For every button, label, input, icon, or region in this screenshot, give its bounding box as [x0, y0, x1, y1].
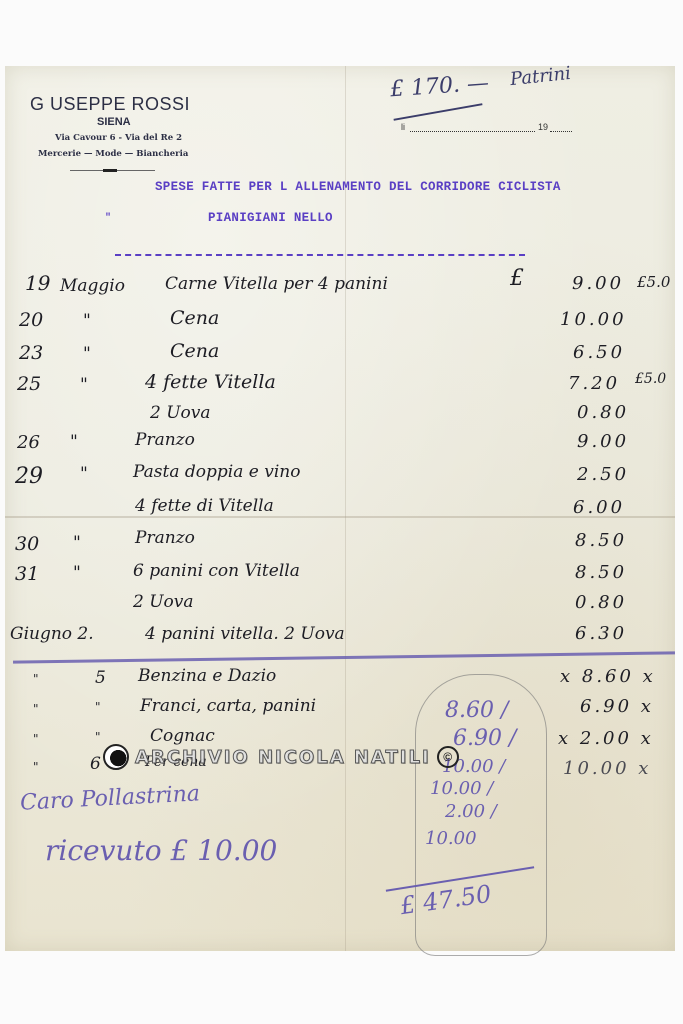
receipt-note-line-1: Caro Pollastrina	[19, 781, 200, 815]
later-entry-amount: 6.90 x	[580, 696, 654, 717]
entry-currency: £	[510, 266, 524, 291]
letterhead-address: Via Cavour 6 - Via del Re 2	[55, 133, 182, 143]
entry-amount: 9.00	[572, 273, 624, 294]
tally-value: 6.90 /	[453, 726, 516, 751]
entry-date: 19	[25, 271, 50, 295]
entry-month: "	[73, 533, 81, 553]
top-signature: Patrini	[509, 63, 572, 90]
later-entry-date: "	[95, 700, 101, 714]
entry-month: Maggio	[60, 276, 125, 296]
top-note-underline	[394, 103, 483, 121]
ditto-mark: "	[33, 732, 39, 746]
archive-logo-icon	[103, 744, 129, 770]
date-label: 19	[538, 122, 548, 132]
entry-description: 2 Uova	[150, 403, 211, 423]
entry-description: Carne Vitella per 4 panini	[165, 274, 388, 294]
entry-date: 29	[15, 464, 43, 489]
entry-month: "	[80, 464, 88, 484]
later-entry-date: 6	[90, 754, 101, 774]
tally-value: 2.00 /	[445, 801, 497, 822]
entry-date: 26	[17, 432, 40, 453]
letterhead-trades: Mercerie — Mode — Biancheria	[38, 149, 188, 159]
later-entry-description: Cognac	[150, 726, 215, 746]
entry-description: Pranzo	[135, 528, 195, 548]
ditto-mark: "	[33, 702, 39, 716]
entry-description: Pranzo	[135, 430, 195, 450]
later-entry-amount: x 8.60 x	[560, 666, 656, 687]
entry-note: £5.0	[635, 371, 666, 387]
entry-amount: 8.50	[575, 562, 627, 583]
entry-description: 4 panini vitella. 2 Uova	[145, 624, 345, 644]
later-entry-date: "	[95, 730, 101, 744]
entry-date: 20	[19, 309, 43, 331]
entry-amount: 9.00	[577, 431, 629, 452]
entry-amount: 0.80	[577, 402, 629, 423]
entry-month: "	[83, 311, 91, 331]
entry-month: "	[83, 344, 91, 364]
entry-date: 25	[17, 373, 41, 395]
paper-fold-vertical	[345, 66, 346, 951]
entry-description: Cena	[170, 340, 219, 362]
entry-amount: 6.50	[573, 342, 625, 363]
document-page: G USEPPE ROSSI SIENA Via Cavour 6 - Via …	[5, 66, 675, 951]
entry-description: Pasta doppia e vino	[133, 462, 300, 482]
entry-note: £5.0	[637, 273, 670, 291]
entry-date: Giugno 2.	[10, 624, 94, 644]
entry-amount: 0.80	[575, 592, 627, 613]
later-entry-description: Benzina e Dazio	[138, 666, 276, 686]
entry-amount: 2.50	[577, 464, 629, 485]
place-label: li	[401, 122, 405, 132]
entry-amount: 6.30	[575, 623, 627, 644]
entry-month: "	[80, 375, 88, 395]
later-entry-amount: x 2.00 x	[558, 728, 654, 749]
entry-amount: 8.50	[575, 530, 627, 551]
entry-month: "	[73, 563, 81, 583]
watermark-text: ARCHIVIO NICOLA NATILI	[135, 747, 431, 768]
subtotal-rule	[13, 651, 675, 663]
later-entry-amount: 10.00 x	[563, 758, 651, 779]
ditto-mark: "	[33, 672, 39, 686]
tally-value: 10.00	[425, 828, 477, 849]
heading-line-1: SPESE FATTE PER L ALLENAMENTO DEL CORRID…	[155, 180, 561, 194]
entry-amount: 7.20	[568, 373, 620, 394]
letterhead-city: SIENA	[97, 116, 131, 128]
top-amount-note: £ 170. —	[389, 71, 489, 103]
entry-description: 6 panini con Vitella	[133, 561, 300, 581]
tally-value: 10.00 /	[430, 778, 493, 799]
date-dotted-line	[550, 131, 572, 132]
heading-dashed-rule	[115, 254, 525, 256]
later-entry-date: 5	[95, 668, 106, 688]
entry-description: 4 fette Vitella	[145, 371, 276, 393]
tally-value: 8.60 /	[445, 698, 508, 723]
heading-line-2: PIANIGIANI NELLO	[208, 211, 333, 225]
entry-description: 4 fette di Vitella	[135, 496, 274, 516]
entry-amount: 6.00	[573, 497, 625, 518]
entry-description: 2 Uova	[133, 592, 194, 612]
place-dotted-line	[410, 131, 535, 132]
entry-date: 31	[15, 563, 39, 585]
entry-description: Cena	[170, 307, 219, 329]
heading-margin-mark: "	[105, 213, 111, 224]
entry-date: 23	[19, 342, 43, 364]
letterhead-rule-mark	[103, 169, 117, 172]
entry-date: 30	[15, 533, 39, 555]
copyright-icon: ©	[437, 746, 459, 768]
letterhead-name: G USEPPE ROSSI	[30, 94, 190, 115]
receipt-note-line-2: ricevuto £ 10.00	[45, 834, 277, 867]
entry-amount: 10.00	[560, 309, 627, 330]
ditto-mark: "	[33, 760, 39, 774]
entry-month: "	[70, 432, 78, 452]
later-entry-description: Franci, carta, panini	[140, 696, 316, 716]
archive-watermark: ARCHIVIO NICOLA NATILI ©	[103, 744, 459, 770]
